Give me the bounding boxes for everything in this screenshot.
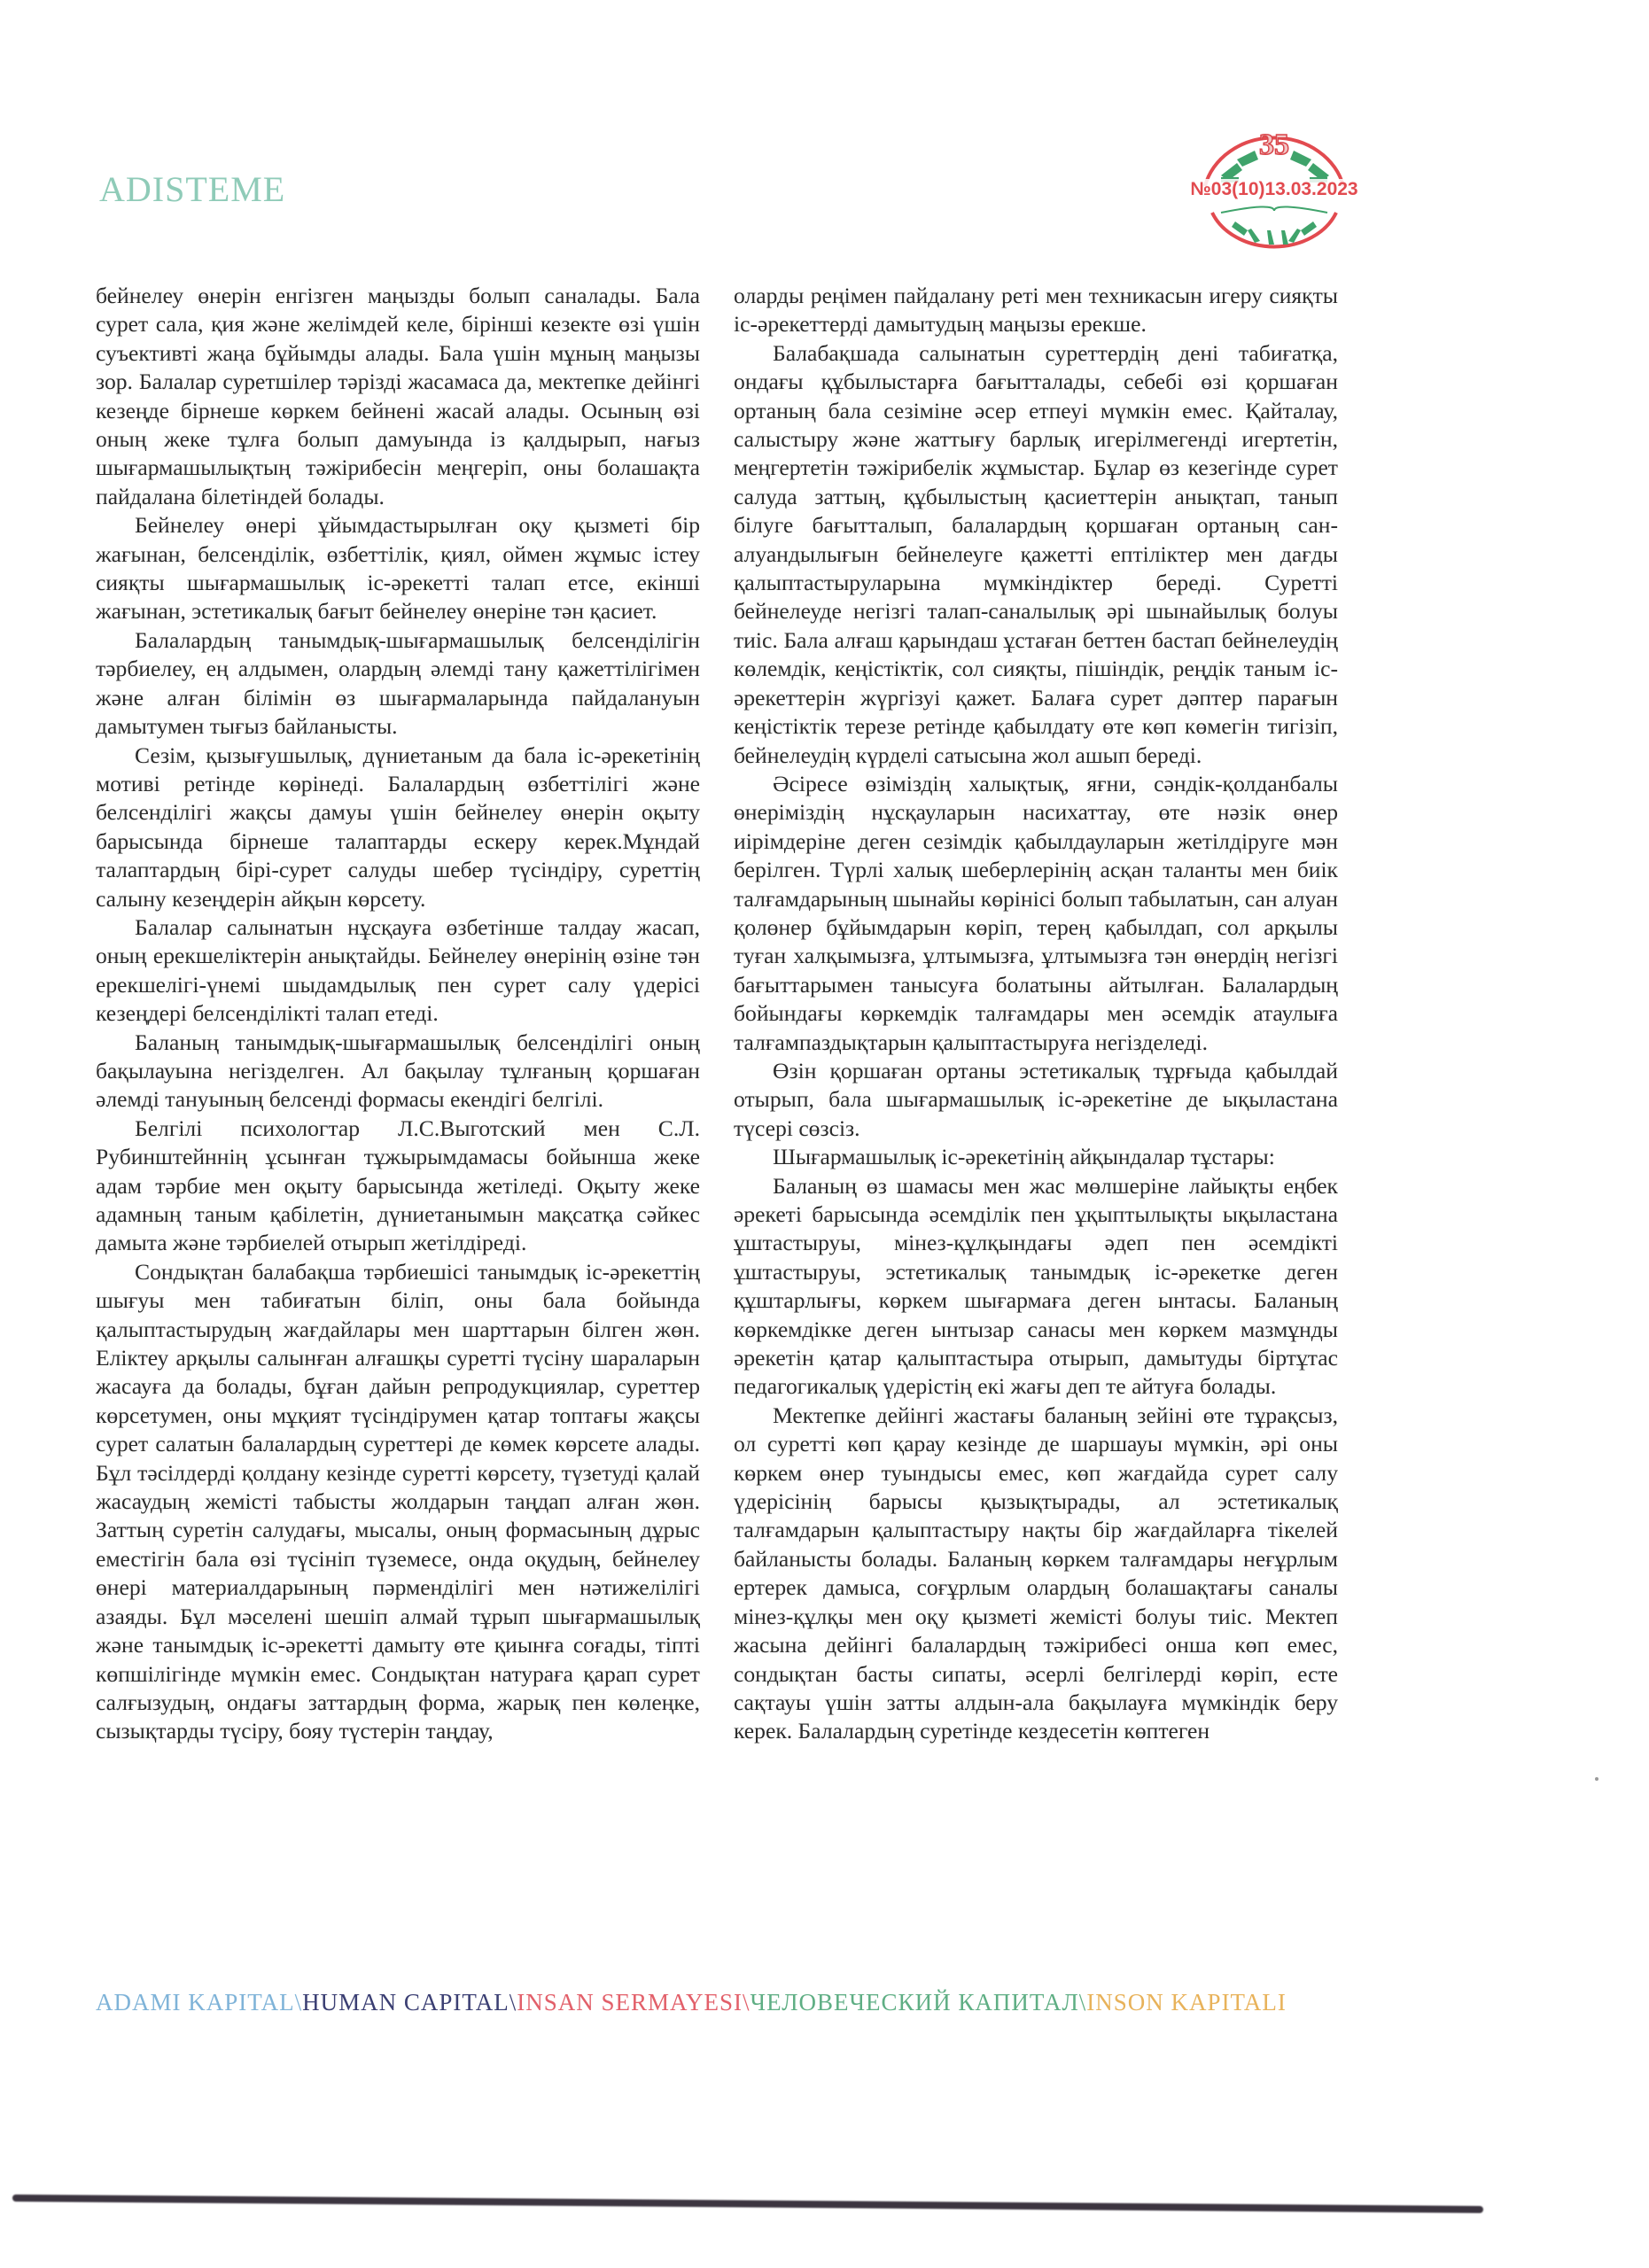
paragraph: Мектепке дейінгі жастағы баланың зейіні … bbox=[734, 1402, 1338, 1746]
paragraph: Бейнелеу өнері ұйымдастырылған оқу қызме… bbox=[96, 511, 700, 626]
paragraph: Өзін қоршаған ортаны эстетикалық тұрғыда… bbox=[734, 1057, 1338, 1143]
footer-segment: INSON KAPITALI bbox=[1086, 1989, 1287, 2016]
paragraph: бейнелеу өнерін енгізген маңызды болып с… bbox=[96, 282, 700, 511]
footer-separator: \ bbox=[295, 1989, 303, 2016]
paragraph: Баланың өз шамасы мен жас мөлшеріне лайы… bbox=[734, 1172, 1338, 1402]
footer-separator: \ bbox=[509, 1989, 517, 2016]
journal-logo-text: ADISTEME bbox=[99, 168, 285, 210]
left-column: бейнелеу өнерін енгізген маңызды болып с… bbox=[96, 282, 700, 1746]
article-body: бейнелеу өнерін енгізген маңызды болып с… bbox=[96, 282, 1338, 1746]
paragraph: Баланың танымдық-шығармашылық белсенділі… bbox=[96, 1029, 700, 1115]
footer-segment: HUMAN CAPITAL bbox=[302, 1989, 509, 2016]
right-column: оларды реңімен пайдалану реті мен техник… bbox=[734, 282, 1338, 1746]
anniversary-number: 35 bbox=[1249, 128, 1299, 162]
paragraph: Сезім, қызығушылық, дүниетаным да бала і… bbox=[96, 742, 700, 913]
paragraph: Әсіресе өзіміздің халықтық, яғни, сәндік… bbox=[734, 770, 1338, 1057]
paragraph: Балабақшада салынатын суреттердің дені т… bbox=[734, 339, 1338, 770]
footer-tagline: ADAMI KAPITAL\HUMAN CAPITAL\INSAN SERMAY… bbox=[96, 1989, 1354, 2016]
scan-speck bbox=[1595, 1777, 1598, 1781]
footer-segment: ЧЕЛОВЕЧЕСКИЙ КАПИТАЛ bbox=[751, 1989, 1079, 2016]
paragraph: Балалардың танымдық-шығармашылық белсенд… bbox=[96, 626, 700, 742]
page-edge-shadow bbox=[12, 2194, 1483, 2213]
paragraph: Шығармашылық іс-әрекетінің айқындалар тұ… bbox=[734, 1143, 1338, 1171]
paragraph: Белгілі психологтар Л.С.Выготский мен С.… bbox=[96, 1115, 700, 1258]
footer-separator: \ bbox=[743, 1989, 751, 2016]
paragraph: Сондықтан балабақша тәрбиешісі танымдық … bbox=[96, 1258, 700, 1746]
issue-badge: 35 №03(10)13.03.2023 bbox=[1186, 124, 1363, 266]
footer-segment: ADAMI KAPITAL bbox=[96, 1989, 295, 2016]
paragraph: Балалар салынатын нұсқауға өзбетінше тал… bbox=[96, 913, 700, 1029]
issue-number-date: №03(10)13.03.2023 bbox=[1186, 179, 1363, 200]
paragraph: оларды реңімен пайдалану реті мен техник… bbox=[734, 282, 1338, 339]
footer-segment: INSAN SERMAYESI bbox=[517, 1989, 743, 2016]
